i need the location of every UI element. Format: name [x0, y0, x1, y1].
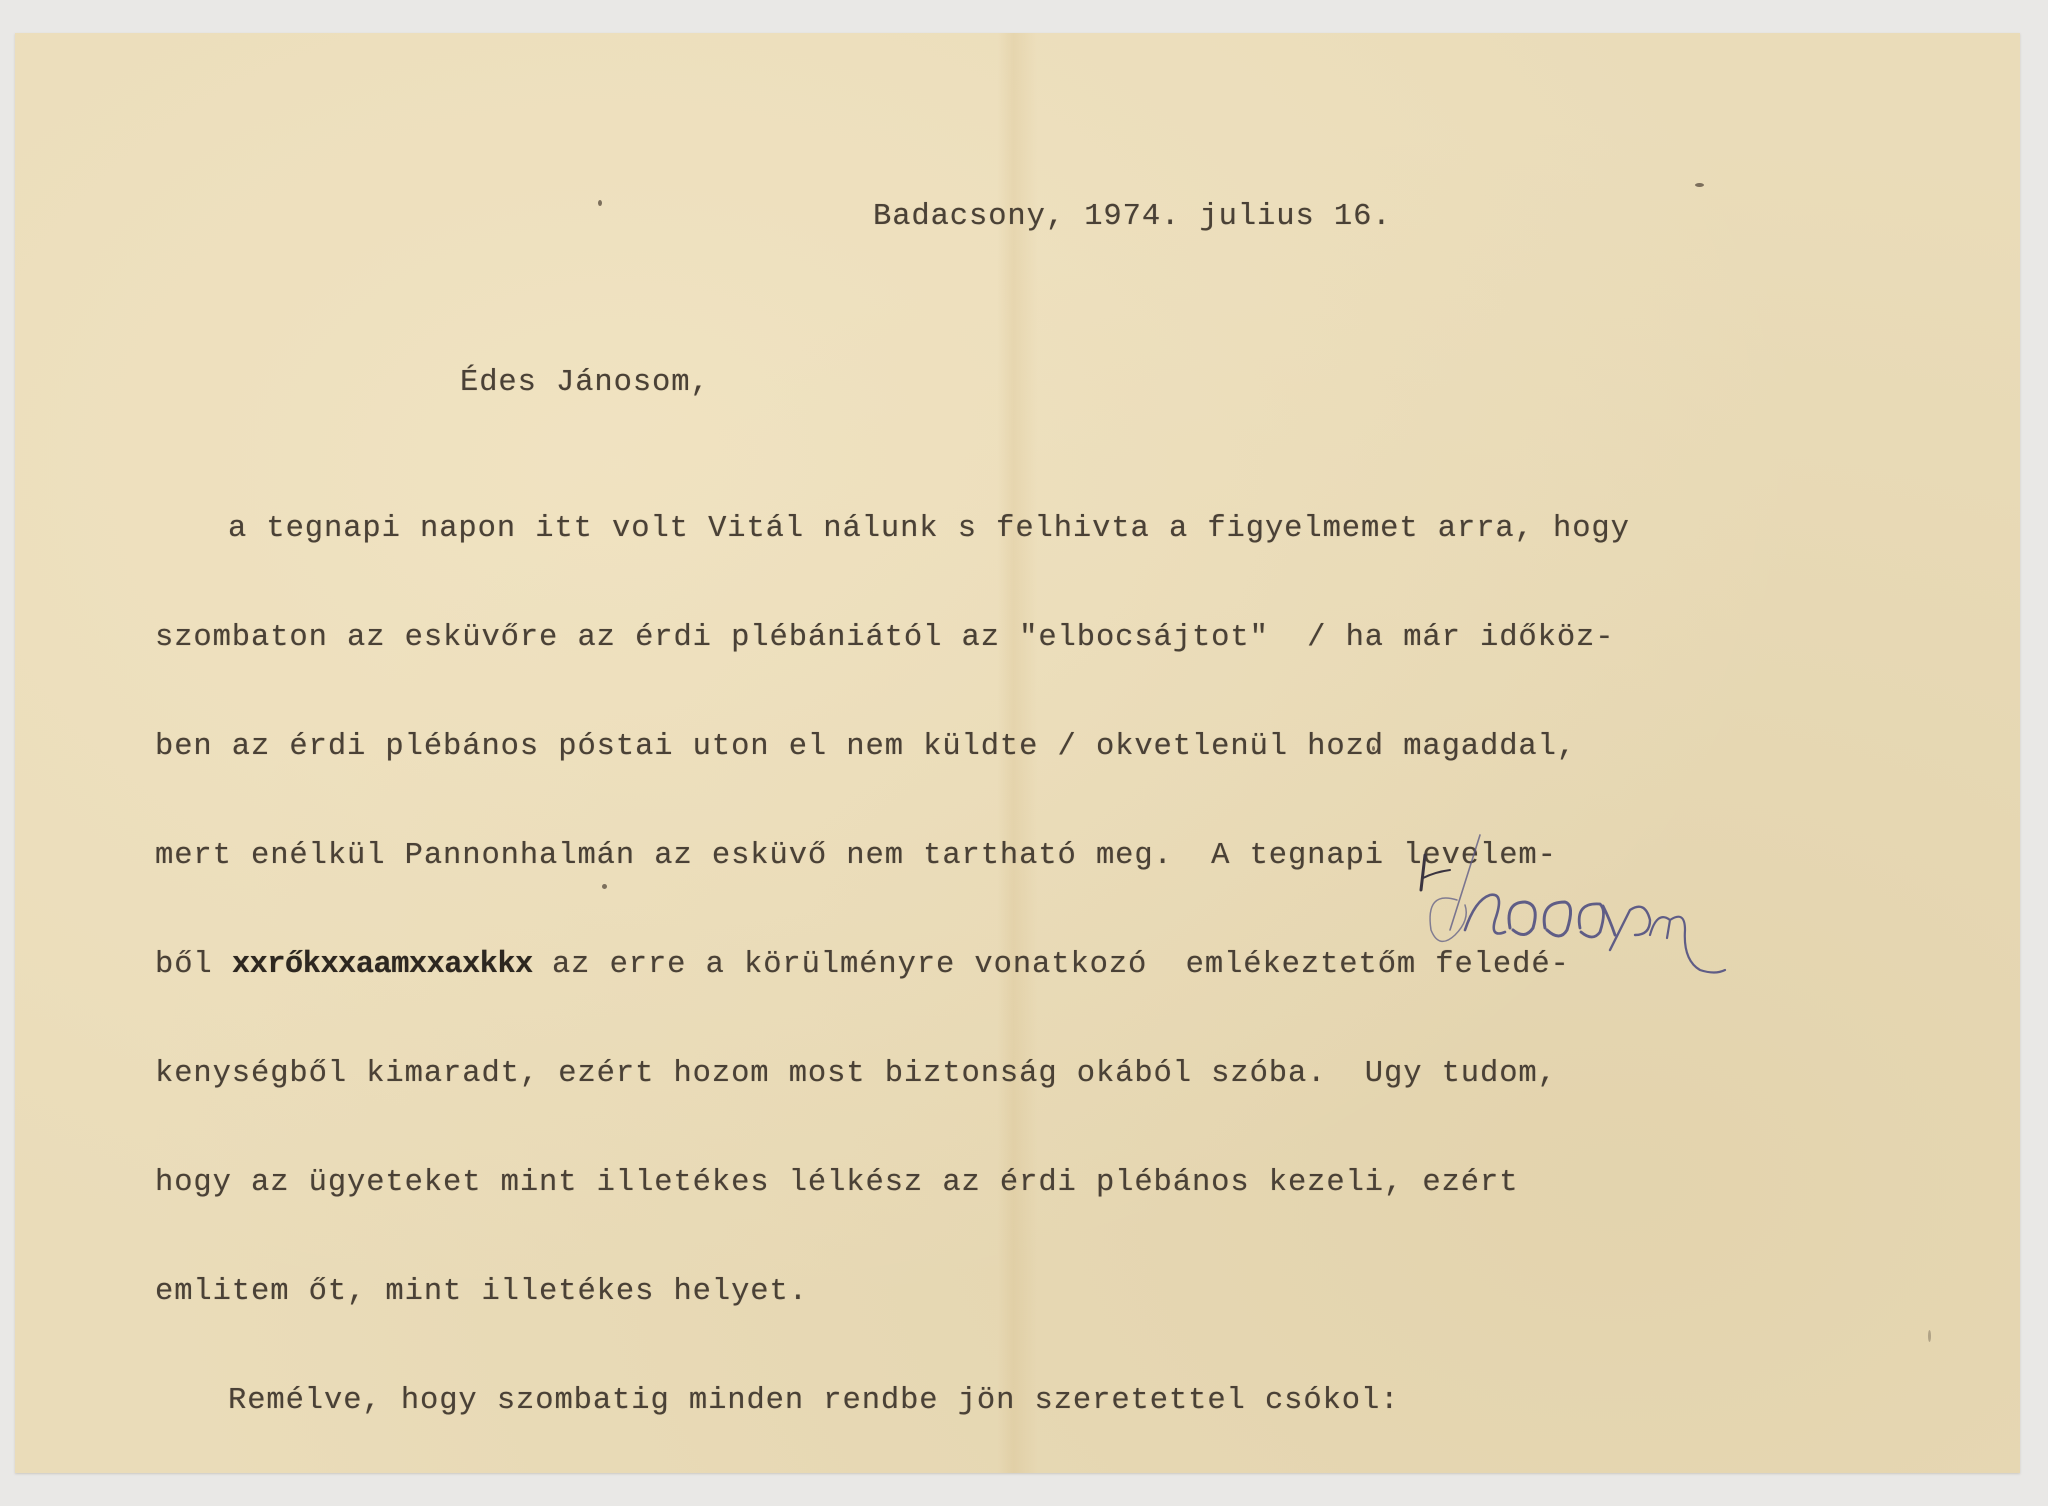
salutation: Édes Jánosom, — [460, 366, 710, 400]
paper-speck — [1372, 746, 1375, 751]
handwritten-signature — [1395, 820, 1745, 1010]
paper-speck — [1695, 183, 1704, 187]
body-line-7: hogy az ügyeteket mint illetékes lélkész… — [155, 1163, 1630, 1204]
body-line-3: ben az érdi plébános póstai uton el nem … — [155, 727, 1630, 768]
body-line-8: emlitem őt, mint illetékes helyet. — [155, 1272, 1630, 1313]
paper-speck — [602, 884, 607, 889]
struck-out-text: xxrőkxxaamxxaxkkx — [232, 948, 533, 982]
body-line-6: kenységből kimaradt, ezért hozom most bi… — [155, 1054, 1630, 1095]
body-line-2: szombaton az esküvőre az érdi plébániátó… — [155, 618, 1630, 659]
place-date-line: Badacsony, 1974. julius 16. — [873, 200, 1391, 234]
paper-speck — [1928, 1330, 1931, 1342]
closing-line: Remélve, hogy szombatig minden rendbe jö… — [155, 1381, 1630, 1422]
paper-speck — [598, 200, 602, 206]
body-line-1: a tegnapi napon itt volt Vitál nálunk s … — [155, 509, 1630, 550]
body-line-5-start: ből — [155, 948, 213, 982]
